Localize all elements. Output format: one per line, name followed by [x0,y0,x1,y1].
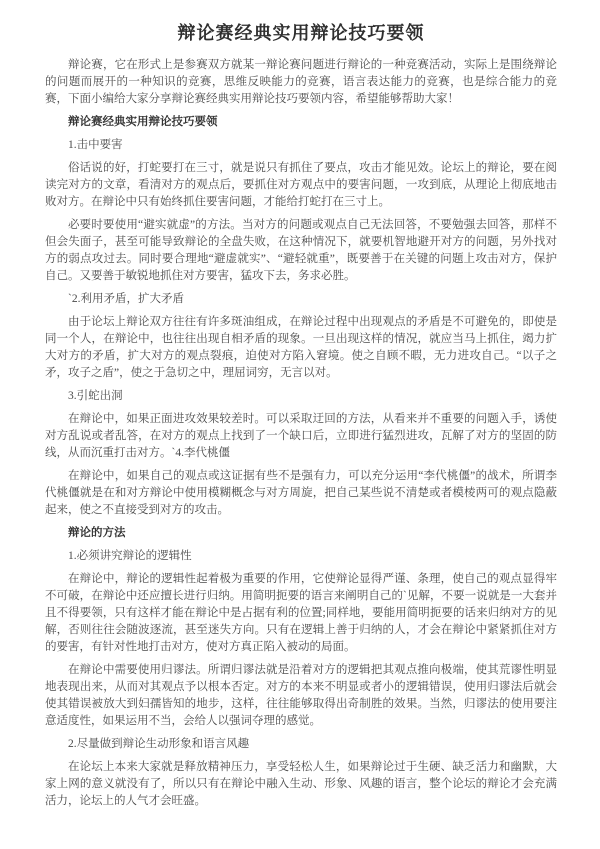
method-1-paragraph-a: 在辩论中，辩论的逻辑性起着极为重要的作用，它使辩论显得严谨、条理，使自己的观点显… [45,571,557,656]
technique-3-paragraph: 在辩论中，如果正面进攻效果较差时。可以采取迂回的方法，从看来并不重要的问题入手，… [45,411,557,462]
method-2-paragraph: 在论坛上本来大家就是释放精神压力，享受轻松人生，如果辩论过于生硬、缺乏活力和幽默… [45,759,557,810]
section-heading-techniques: 辩论赛经典实用辩论技巧要领 [45,114,557,131]
technique-3-heading: 3.引蛇出洞 [45,388,557,405]
section-heading-methods: 辩论的方法 [45,525,557,542]
technique-1-paragraph-a: 俗话说的好，打蛇要打在三寸，就是说只有抓住了要点，攻击才能见效。论坛上的辩论，要… [45,160,557,211]
document-page: 辩论赛经典实用辩论技巧要领 辩论赛，它在形式上是参赛双方就某一辩论赛问题进行辩论… [0,0,600,849]
technique-1-heading: 1.击中要害 [45,137,557,154]
technique-2-paragraph: 由于论坛上辩论双方往往有许多斑油组成，在辩论过程中出现观点的矛盾是不可避免的，即… [45,314,557,382]
technique-1-paragraph-b: 必要时要使用“避实就虚”的方法。当对方的问题或观点自己无法回答，不要勉强去回答，… [45,217,557,285]
method-1-heading: 1.必须讲究辩论的逻辑性 [45,548,557,565]
intro-paragraph: 辩论赛，它在形式上是参赛双方就某一辩论赛问题进行辩论的一种竞赛活动，实际上是围绕… [45,57,557,108]
technique-2-heading: `2.利用矛盾，扩大矛盾 [45,291,557,308]
method-1-paragraph-b: 在辩论中需要使用归谬法。所谓归谬法就是沿着对方的逻辑把其观点推向极端，使其荒谬性… [45,662,557,730]
doc-title: 辩论赛经典实用辩论技巧要领 [45,22,557,44]
technique-4-paragraph: 在辩论中，如果自己的观点或这证据有些不是强有力，可以充分运用“李代桃僵”的战术，… [45,468,557,519]
method-2-heading: 2.尽量做到辩论生动形象和语言风趣 [45,736,557,753]
